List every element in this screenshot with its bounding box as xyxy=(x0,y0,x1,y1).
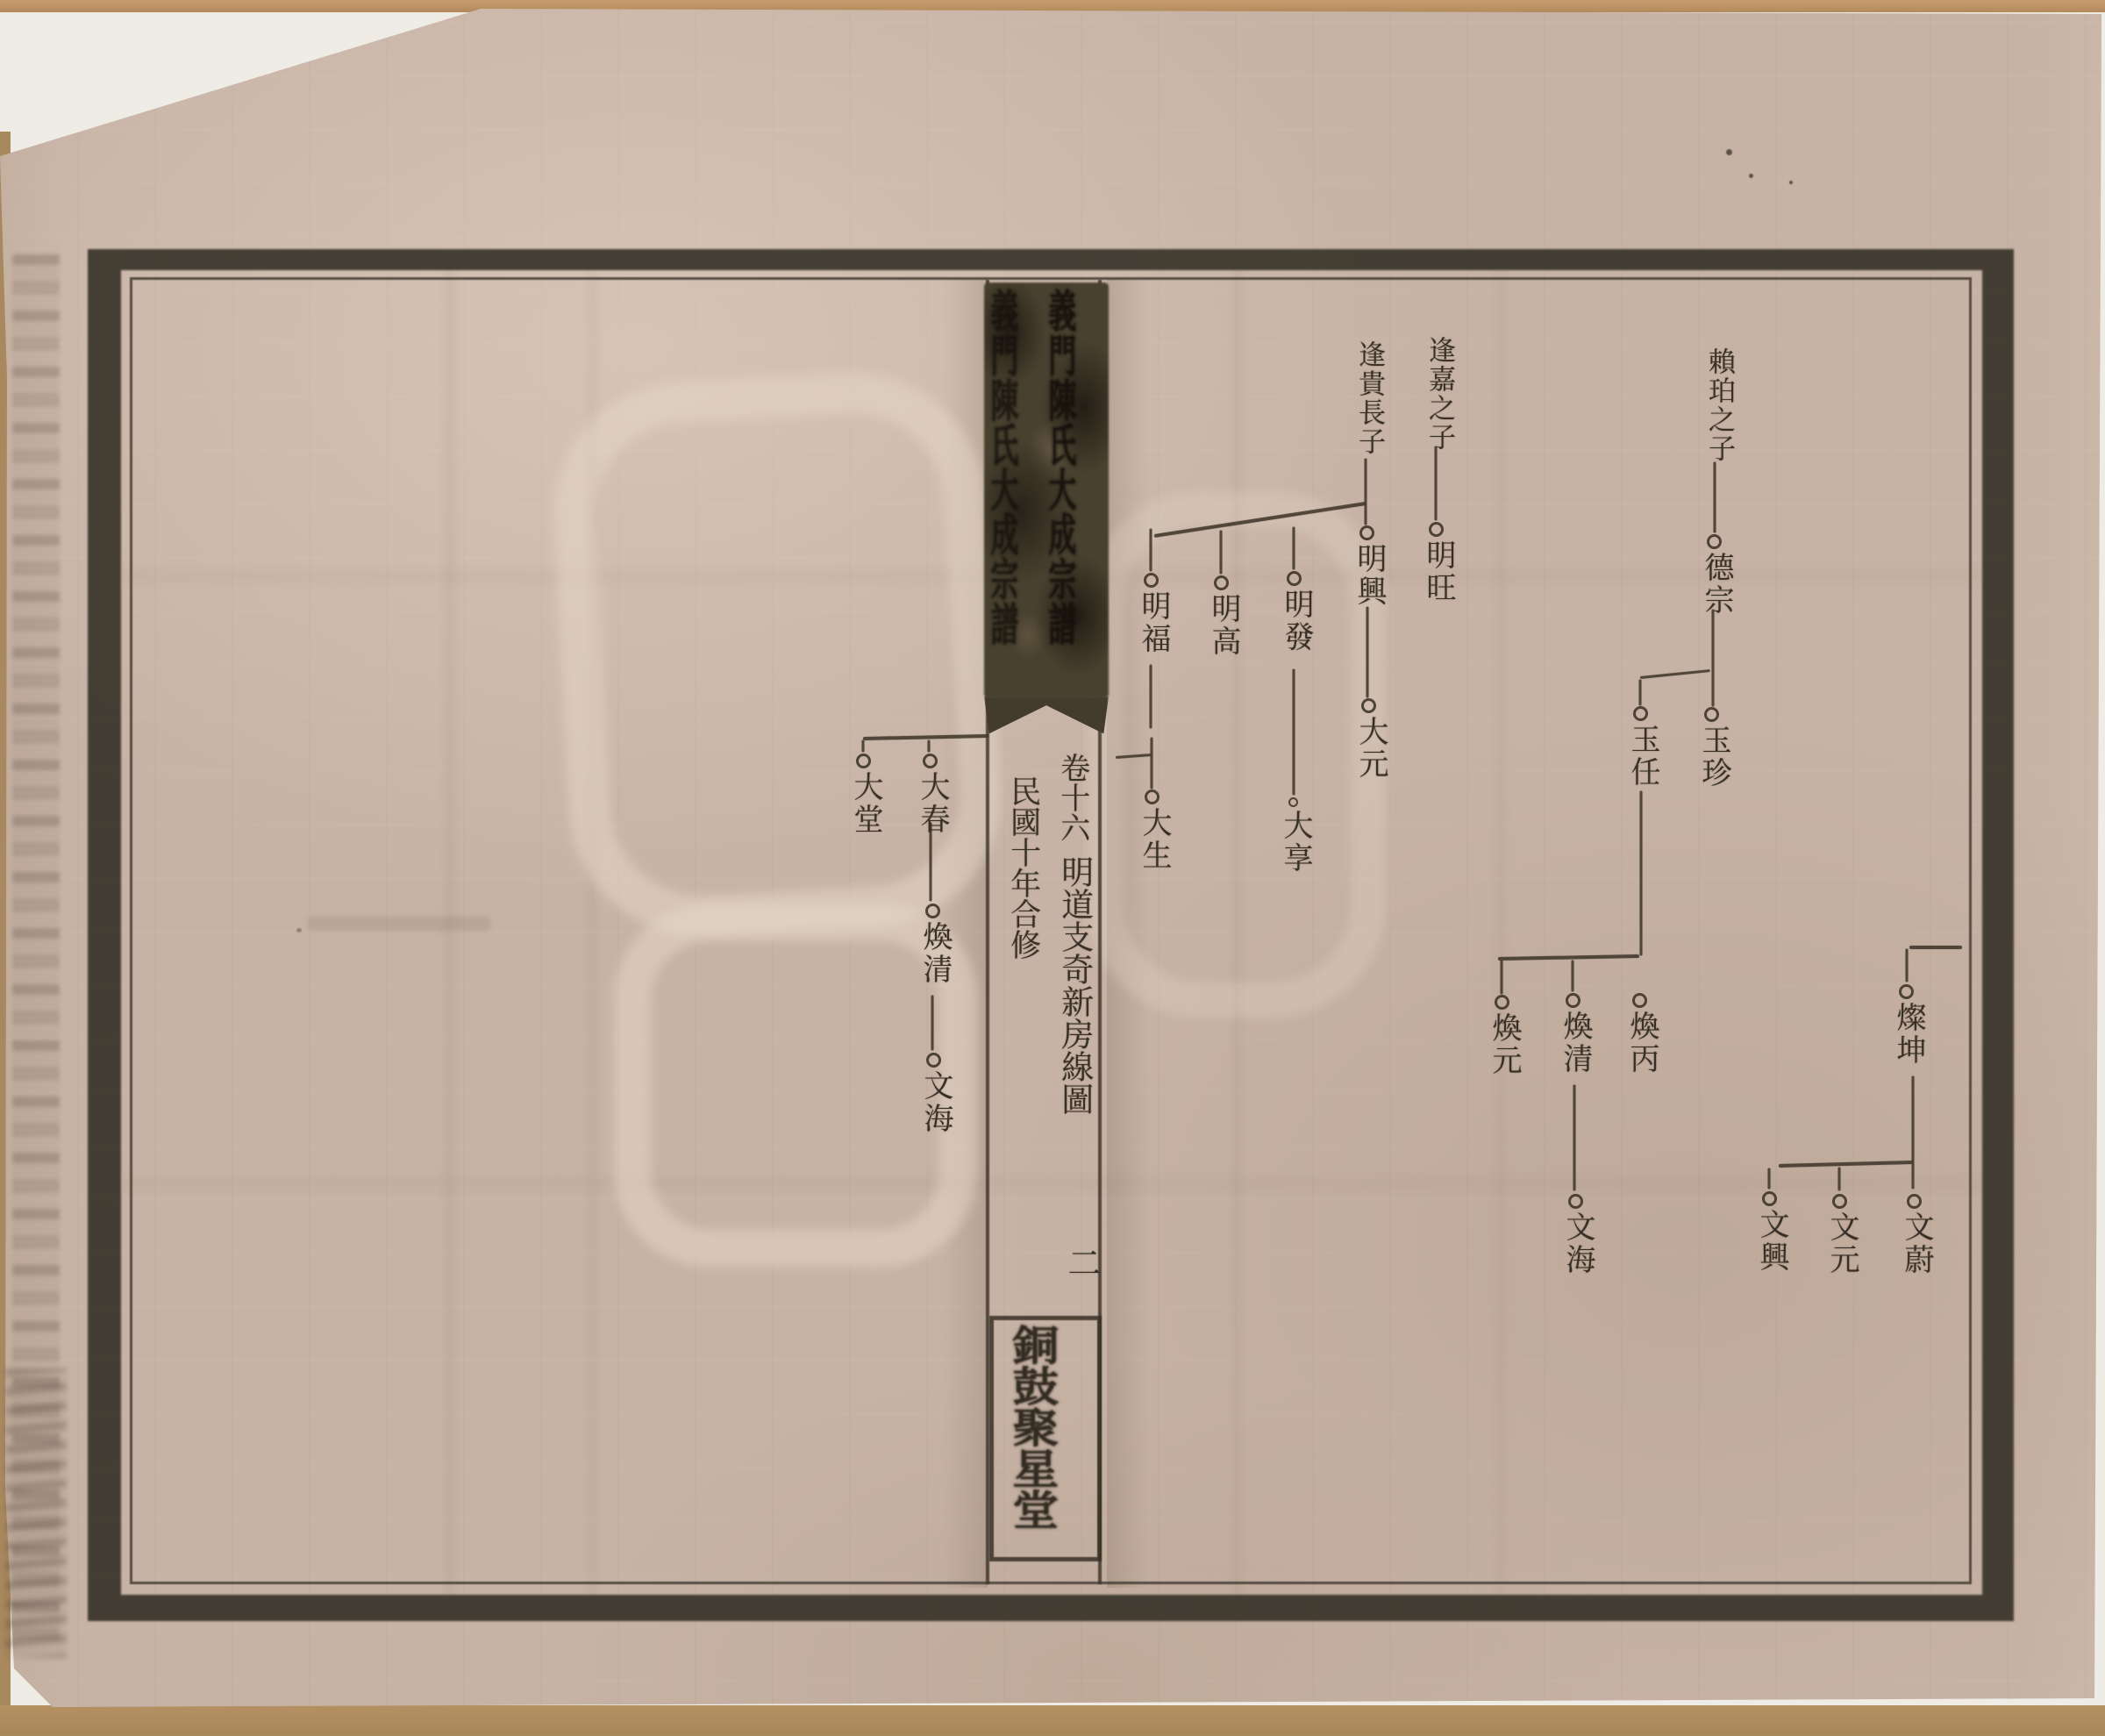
person-circle-wenhai-left xyxy=(926,1053,941,1068)
ink-speck xyxy=(1789,181,1793,184)
person-name-dasheng: 大生 xyxy=(1134,807,1169,872)
person-name-wenhai-left: 文海 xyxy=(916,1070,951,1135)
person-circle-dasheng xyxy=(1145,789,1160,804)
person-name-wenxing: 文興 xyxy=(1752,1209,1787,1274)
tree-connector-line xyxy=(1779,1161,1913,1168)
person-name-mingxing: 明興 xyxy=(1349,543,1384,608)
person-name-daxiang: 大享 xyxy=(1275,810,1310,875)
tree-connector-line xyxy=(1712,609,1715,706)
person-name-wenhai-right: 文海 xyxy=(1558,1211,1593,1276)
person-name-mingwang: 明旺 xyxy=(1418,539,1453,604)
tree-connector-line xyxy=(1640,790,1643,955)
tree-connector-line xyxy=(1150,528,1152,571)
tree-connector-line xyxy=(1435,446,1438,520)
person-name-wenyuan: 文元 xyxy=(1822,1211,1857,1276)
tree-connector-line xyxy=(1768,1168,1771,1189)
tree-connector-line xyxy=(1366,606,1369,697)
person-circle-wenhai-right xyxy=(1568,1194,1583,1209)
ancestor-header-fengjia-zhizi: 逢嘉之子 xyxy=(1418,336,1453,452)
tree-connector-line xyxy=(1714,461,1716,532)
tree-connector-line xyxy=(862,739,865,752)
person-circle-huanqing-right xyxy=(1566,993,1581,1008)
scanned-genealogy-page: 義門陳氏大成宗譜 義門陳氏大成宗譜 卷十六 明道支奇新房線圖 民國十年合修 二 … xyxy=(0,0,2105,1736)
person-circle-yuzhen xyxy=(1704,707,1719,722)
person-name-huanyuan: 煥元 xyxy=(1484,1012,1519,1077)
person-circle-huanbing xyxy=(1632,993,1647,1008)
tree-connector-line xyxy=(1573,1084,1576,1190)
person-circle-mingfu xyxy=(1144,573,1159,588)
tree-connector-line xyxy=(1498,954,1639,961)
ink-speck xyxy=(296,928,302,932)
person-circle-wenwei xyxy=(1907,1194,1922,1209)
person-circle-minggao xyxy=(1214,575,1229,590)
tree-connector-line xyxy=(1572,960,1574,991)
ink-speck xyxy=(1749,174,1753,178)
tree-connector-line xyxy=(1150,664,1152,728)
person-circle-wenyuan xyxy=(1832,1194,1847,1209)
person-name-dezong: 德宗 xyxy=(1696,552,1731,617)
person-circle-yuren xyxy=(1633,706,1648,721)
person-name-dayuan: 大元 xyxy=(1351,716,1386,781)
person-circle-wenxing xyxy=(1762,1191,1777,1206)
tree-connector-line xyxy=(1838,1167,1841,1190)
person-name-dachun: 大春 xyxy=(912,771,947,836)
person-circle-mingxing xyxy=(1359,525,1374,540)
tree-connector-line xyxy=(1220,530,1223,574)
person-circle-dayuan xyxy=(1361,698,1376,713)
ancestor-header-fenggui-changzi: 逢貴長子 xyxy=(1348,340,1383,456)
person-circle-daxiang xyxy=(1288,797,1298,807)
person-name-mingfa: 明發 xyxy=(1276,589,1311,654)
person-circle-dezong xyxy=(1707,534,1722,549)
tree-connector-line xyxy=(931,995,934,1050)
person-circle-dachun xyxy=(923,754,938,768)
tree-connector-line xyxy=(1912,1075,1915,1189)
person-name-minggao: 明高 xyxy=(1203,593,1238,658)
person-name-datang: 大堂 xyxy=(846,771,881,836)
tree-connector-line xyxy=(1154,502,1366,538)
tree-connector-line xyxy=(1151,737,1153,789)
graphite-smudge xyxy=(307,917,491,931)
person-circle-mingwang xyxy=(1429,522,1444,537)
tree-connector-line xyxy=(1501,960,1503,994)
person-circle-huanqing-left xyxy=(925,904,940,918)
tree-connector-line xyxy=(1116,754,1152,759)
person-name-cankun: 燦坤 xyxy=(1888,1002,1923,1067)
tree-connector-line xyxy=(1640,669,1710,679)
ink-speck xyxy=(1726,149,1732,155)
tree-connector-line xyxy=(1909,946,1962,949)
tree-connector-line xyxy=(1365,458,1367,525)
person-circle-huanyuan xyxy=(1495,995,1509,1010)
person-name-huanqing-left: 煥清 xyxy=(915,921,950,986)
person-name-wenwei: 文蔚 xyxy=(1896,1211,1931,1276)
ancestor-header-laipo-zhizi: 賴珀之子 xyxy=(1698,347,1733,463)
person-name-yuren: 玉任 xyxy=(1623,724,1658,789)
person-circle-mingfa xyxy=(1287,571,1302,586)
tree-connector-line xyxy=(1293,668,1295,795)
person-circle-cankun xyxy=(1899,984,1914,999)
tree-connector-line xyxy=(928,739,931,752)
person-circle-datang xyxy=(856,754,871,768)
tree-connector-line xyxy=(863,734,988,740)
family-tree-diagram: 逢貴長子逢嘉之子賴珀之子明興明旺明發明高明福大元德宗玉珍玉任大生大享煥丙煥清煥元… xyxy=(0,0,2105,1736)
person-name-huanbing: 煥丙 xyxy=(1622,1011,1657,1075)
tree-connector-line xyxy=(1906,948,1909,982)
tree-connector-line xyxy=(1293,526,1295,569)
tree-connector-line xyxy=(1639,679,1642,705)
person-name-huanqing-right: 煥清 xyxy=(1555,1011,1590,1075)
person-name-yuzhen: 玉珍 xyxy=(1694,725,1729,789)
person-name-mingfu: 明福 xyxy=(1133,590,1168,655)
